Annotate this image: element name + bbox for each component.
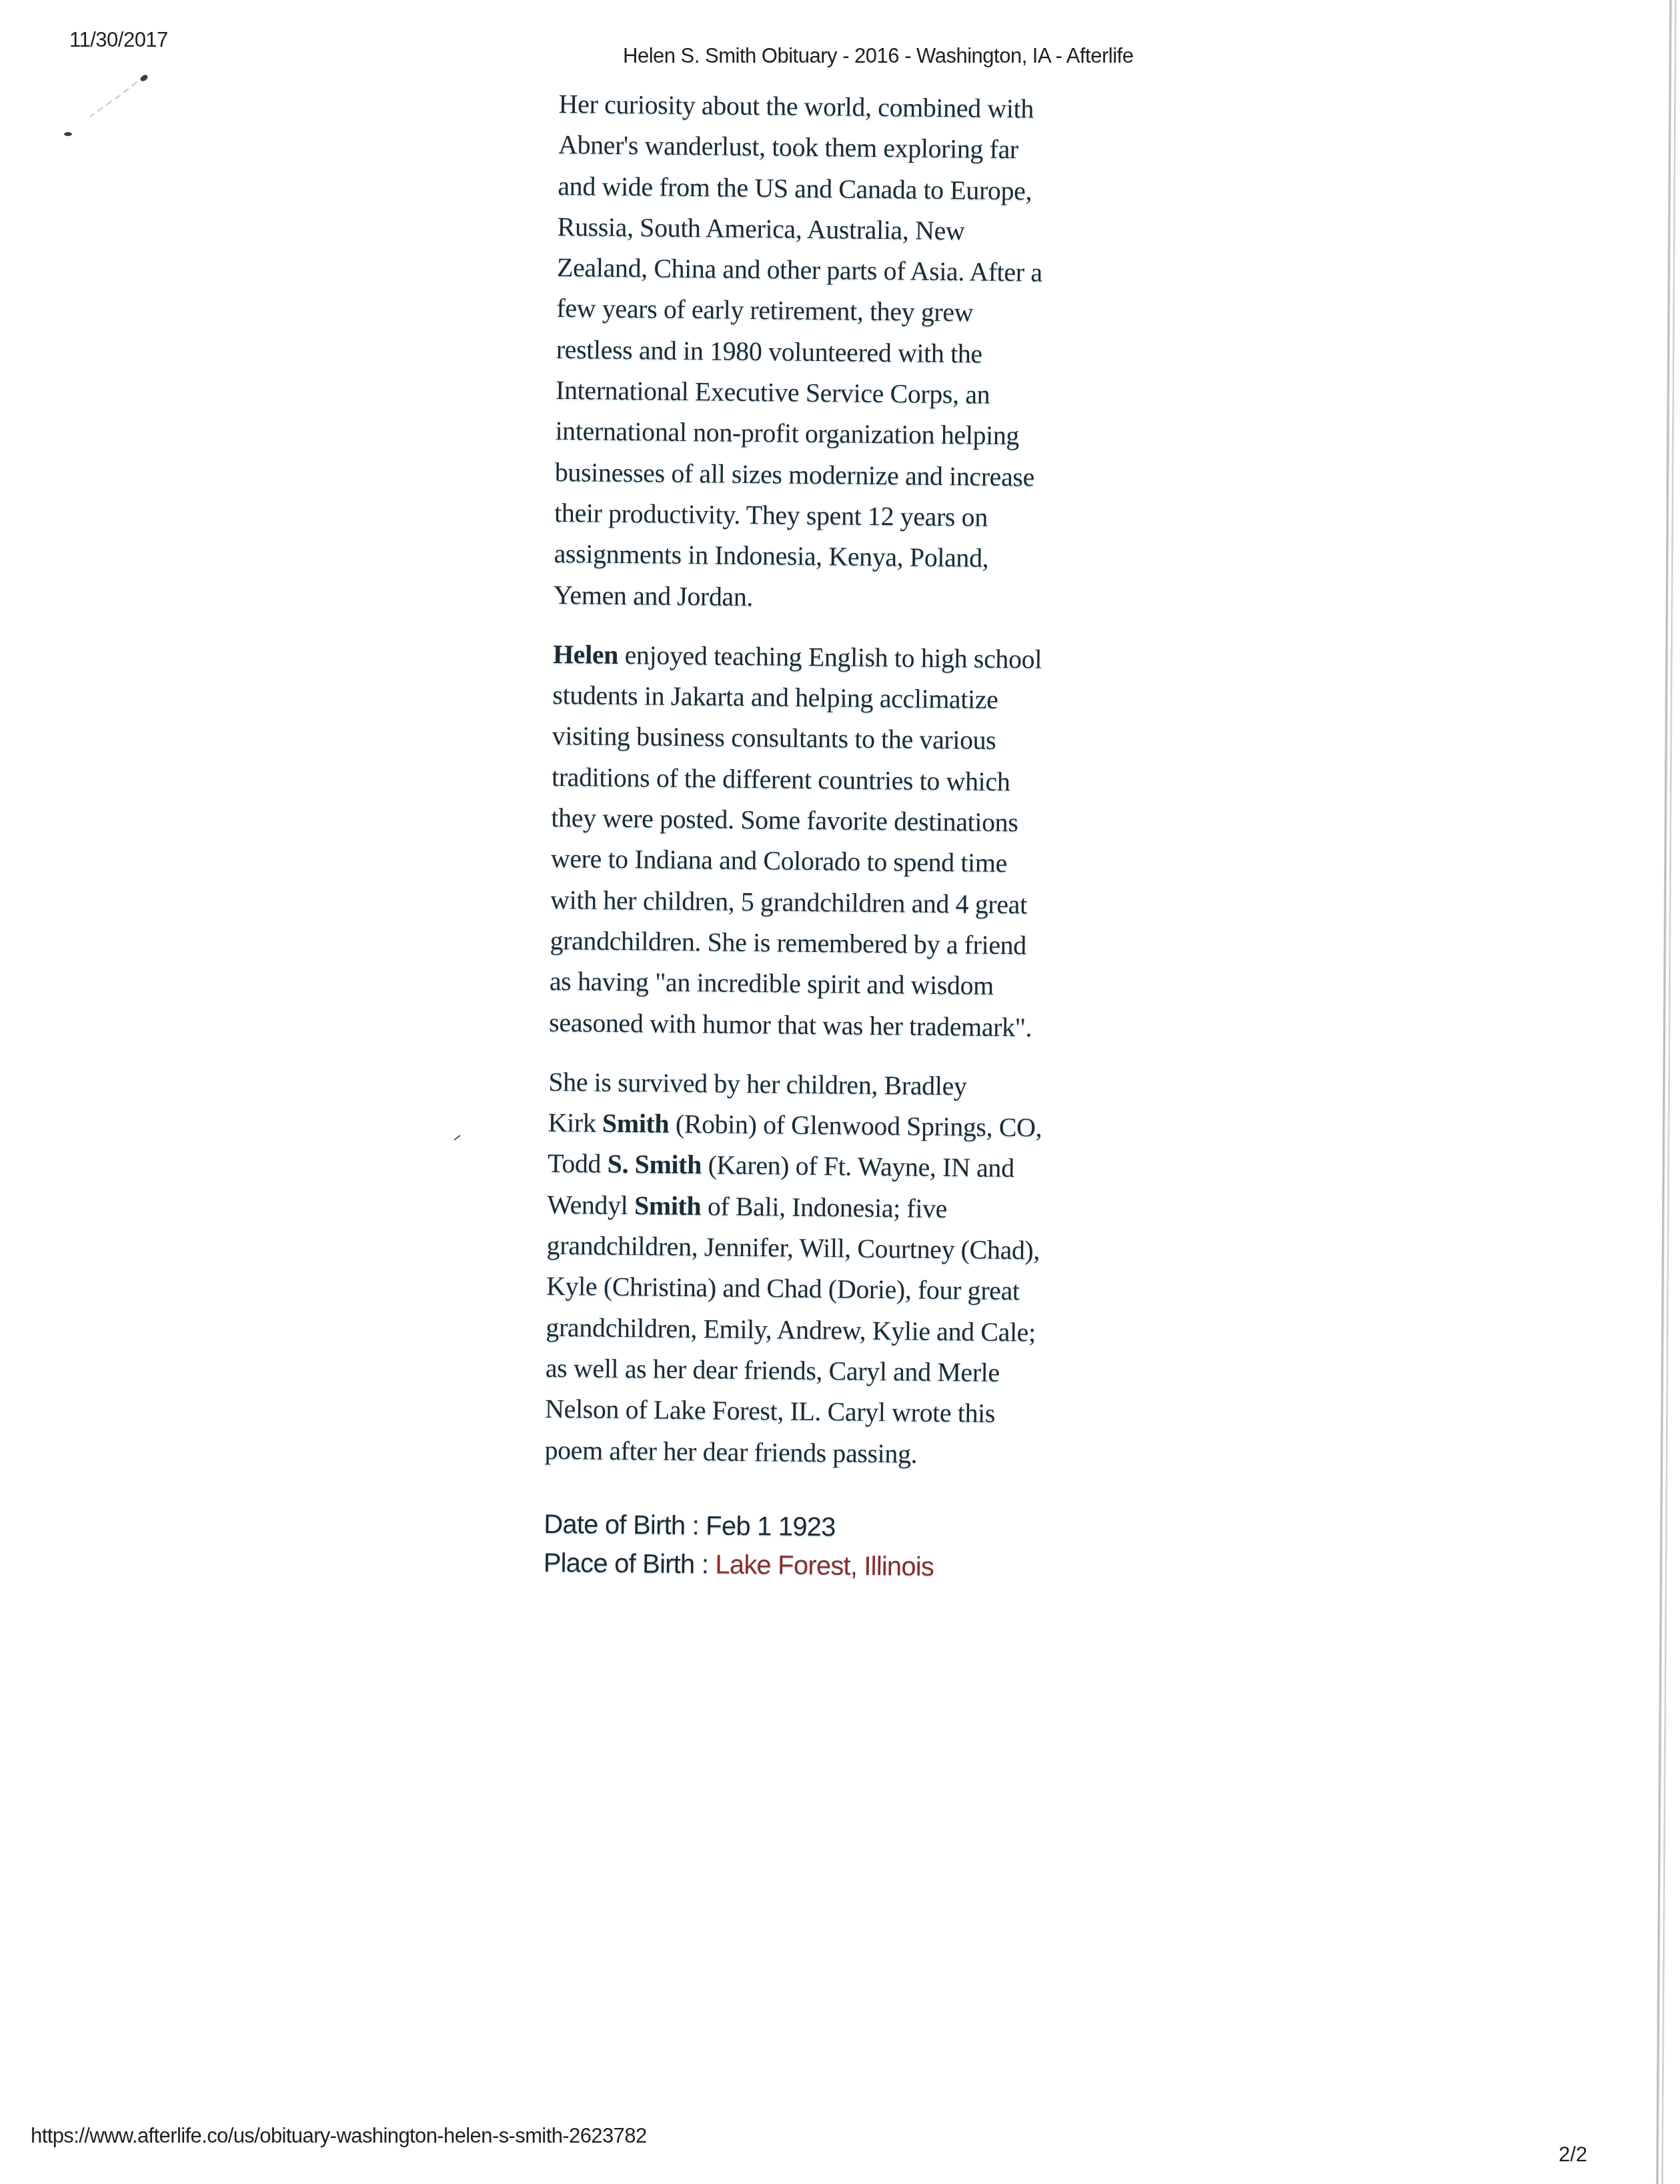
bold-surname: Smith xyxy=(602,1108,670,1139)
pen-mark-decoration xyxy=(454,1134,462,1141)
page-number: 2/2 xyxy=(1559,2143,1587,2167)
place-of-birth-link[interactable]: Lake Forest, Illinois xyxy=(715,1550,934,1581)
obituary-article: Her curiosity about the world, combined … xyxy=(543,83,1118,1588)
article-paragraph-survivors: She is survived by her children, Bradley… xyxy=(544,1061,1108,1476)
birth-details: Date of Birth : Feb 1 1923 Place of Birt… xyxy=(543,1505,1104,1588)
survivors-text: of Bali, Indonesia; five grandchildren, … xyxy=(544,1191,1040,1468)
print-page-title: Helen S. Smith Obituary - 2016 - Washing… xyxy=(623,44,1133,68)
print-footer-url: https://www.afterlife.co/us/obituary-was… xyxy=(31,2124,647,2148)
pen-mark-decoration xyxy=(60,70,153,137)
bold-surname: S. Smith xyxy=(607,1149,702,1179)
print-date: 11/30/2017 xyxy=(69,28,168,52)
bold-surname: Smith xyxy=(634,1190,702,1221)
date-of-birth-label: Date of Birth : xyxy=(544,1510,706,1541)
place-of-birth-label: Place of Birth : xyxy=(544,1548,716,1580)
article-paragraph-travels: Her curiosity about the world, combined … xyxy=(554,83,1119,621)
date-of-birth-value: Feb 1 1923 xyxy=(706,1511,836,1542)
date-of-birth-row: Date of Birth : Feb 1 1923 xyxy=(544,1505,1104,1550)
bold-name-helen: Helen xyxy=(553,639,618,670)
article-paragraph-teaching: Helen enjoyed teaching English to high s… xyxy=(549,634,1113,1049)
place-of-birth-row: Place of Birth : Lake Forest, Illinois xyxy=(543,1544,1104,1588)
paragraph-text: enjoyed teaching English to high school … xyxy=(549,640,1042,1042)
